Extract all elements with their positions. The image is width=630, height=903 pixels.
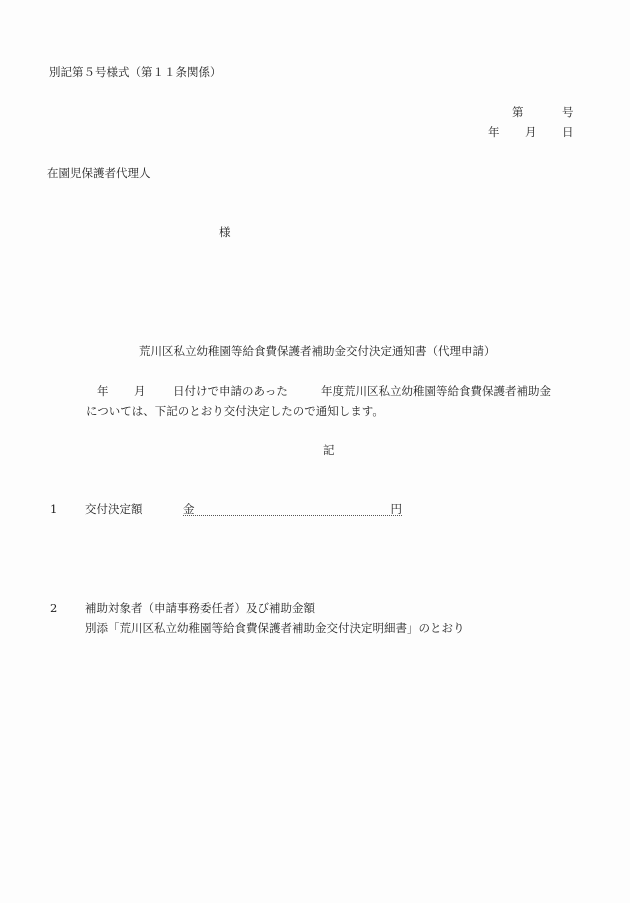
item-1-label: 交付決定額 [85,502,143,516]
recipient-honorific: 様 [219,225,231,239]
item-1-number: 1 [50,502,57,516]
amount-prefix: 金 [183,501,195,517]
body-line-2: については、下記のとおり交付決定したので通知します。 [86,404,384,418]
body-day-text: 日付けで申請のあった [173,384,288,398]
date-day: 日 [562,125,574,139]
document-number-suffix: 号 [562,105,574,119]
body-year: 年 [97,384,109,398]
document-title: 荒川区私立幼稚園等給食費保護者補助金交付決定通知書（代理申請） [139,344,496,358]
body-month: 月 [134,384,146,398]
date-month: 月 [525,125,537,139]
body-fiscal-text: 年度荒川区私立幼稚園等給食費保護者補助金 [321,384,551,398]
form-label: 別記第５号様式（第１１条関係） [49,65,222,79]
amount-suffix: 円 [391,501,403,517]
item-2-number: 2 [50,601,57,615]
amount-field[interactable]: 金 円 [183,501,402,516]
document-number-prefix: 第 [512,105,524,119]
item-2-detail: 別添「荒川区私立幼稚園等給食費保護者補助金交付決定明細書」のとおり [85,621,465,635]
recipient-label: 在園児保護者代理人 [47,166,151,180]
item-2-label: 補助対象者（申請事務委任者）及び補助金額 [85,601,315,615]
ki-heading: 記 [323,443,335,457]
date-year: 年 [488,125,500,139]
